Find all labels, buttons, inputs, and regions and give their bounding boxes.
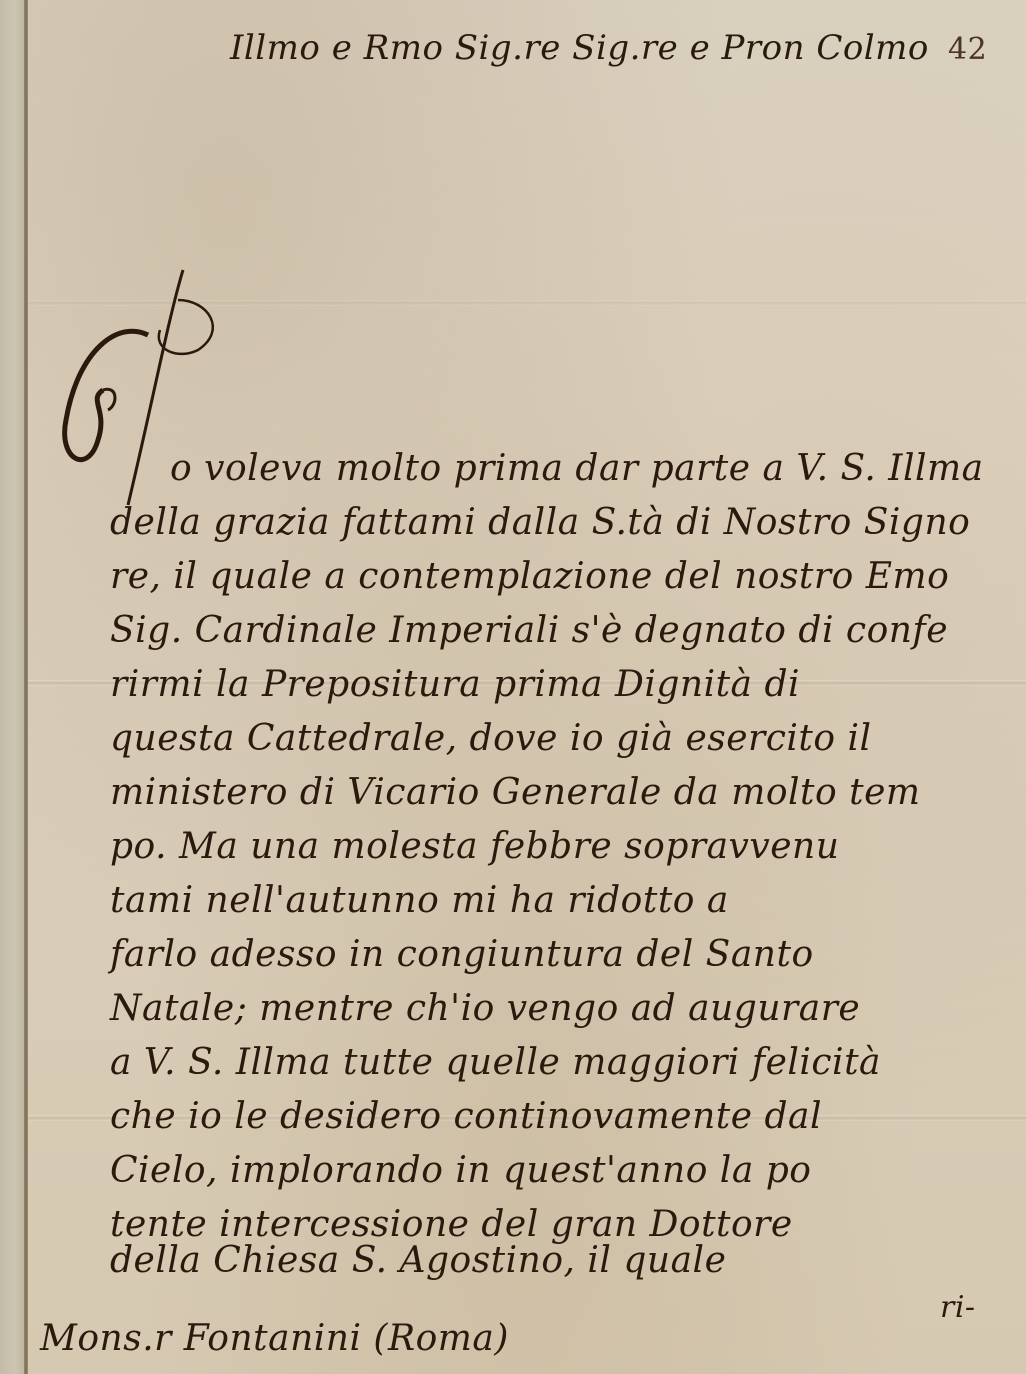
letter-line: della Chiesa S. Agostino, il quale [110, 1240, 726, 1281]
letter-line: Sig. Cardinale Imperiali s'è degnato di … [110, 610, 948, 651]
left-paper-strip [0, 0, 26, 1374]
letter-line: che io le desidero continovamente dal [110, 1096, 822, 1137]
letter-line: po. Ma una molesta febbre sopravvenu [110, 826, 839, 867]
letter-line: ministero di Vicario Generale da molto t… [110, 772, 921, 813]
letter-line: Cielo, implorando in quest'anno la po [110, 1150, 811, 1191]
letter-line: tami nell'autunno mi ha ridotto a [110, 880, 729, 921]
letter-line: o voleva molto prima dar parte a V. S. I… [170, 448, 984, 489]
addressee-line: Mons.r Fontanini (Roma) [40, 1318, 509, 1359]
letter-line: Natale; mentre ch'io vengo ad augurare [110, 988, 860, 1029]
letter-line: a V. S. Illma tutte quelle maggiori feli… [110, 1042, 881, 1083]
letter-line: della grazia fattami dalla S.tà di Nostr… [110, 502, 970, 543]
letter-line: farlo adesso in congiuntura del Santo [110, 934, 814, 975]
folio-number: 42 [948, 32, 987, 67]
letter-line: questa Cattedrale, dove io già esercito … [110, 718, 872, 759]
letter-line: re, il quale a contemplazione del nostro… [110, 556, 949, 597]
page-edge [24, 0, 28, 1374]
letter-line: rirmi la Prepositura prima Dignità di [110, 664, 800, 705]
letter-line: tente intercessione del gran Dottore [110, 1204, 793, 1245]
catchword: ri- [940, 1290, 976, 1325]
salutation-header: Illmo e Rmo Sig.re Sig.re e Pron Colmo [230, 28, 929, 68]
